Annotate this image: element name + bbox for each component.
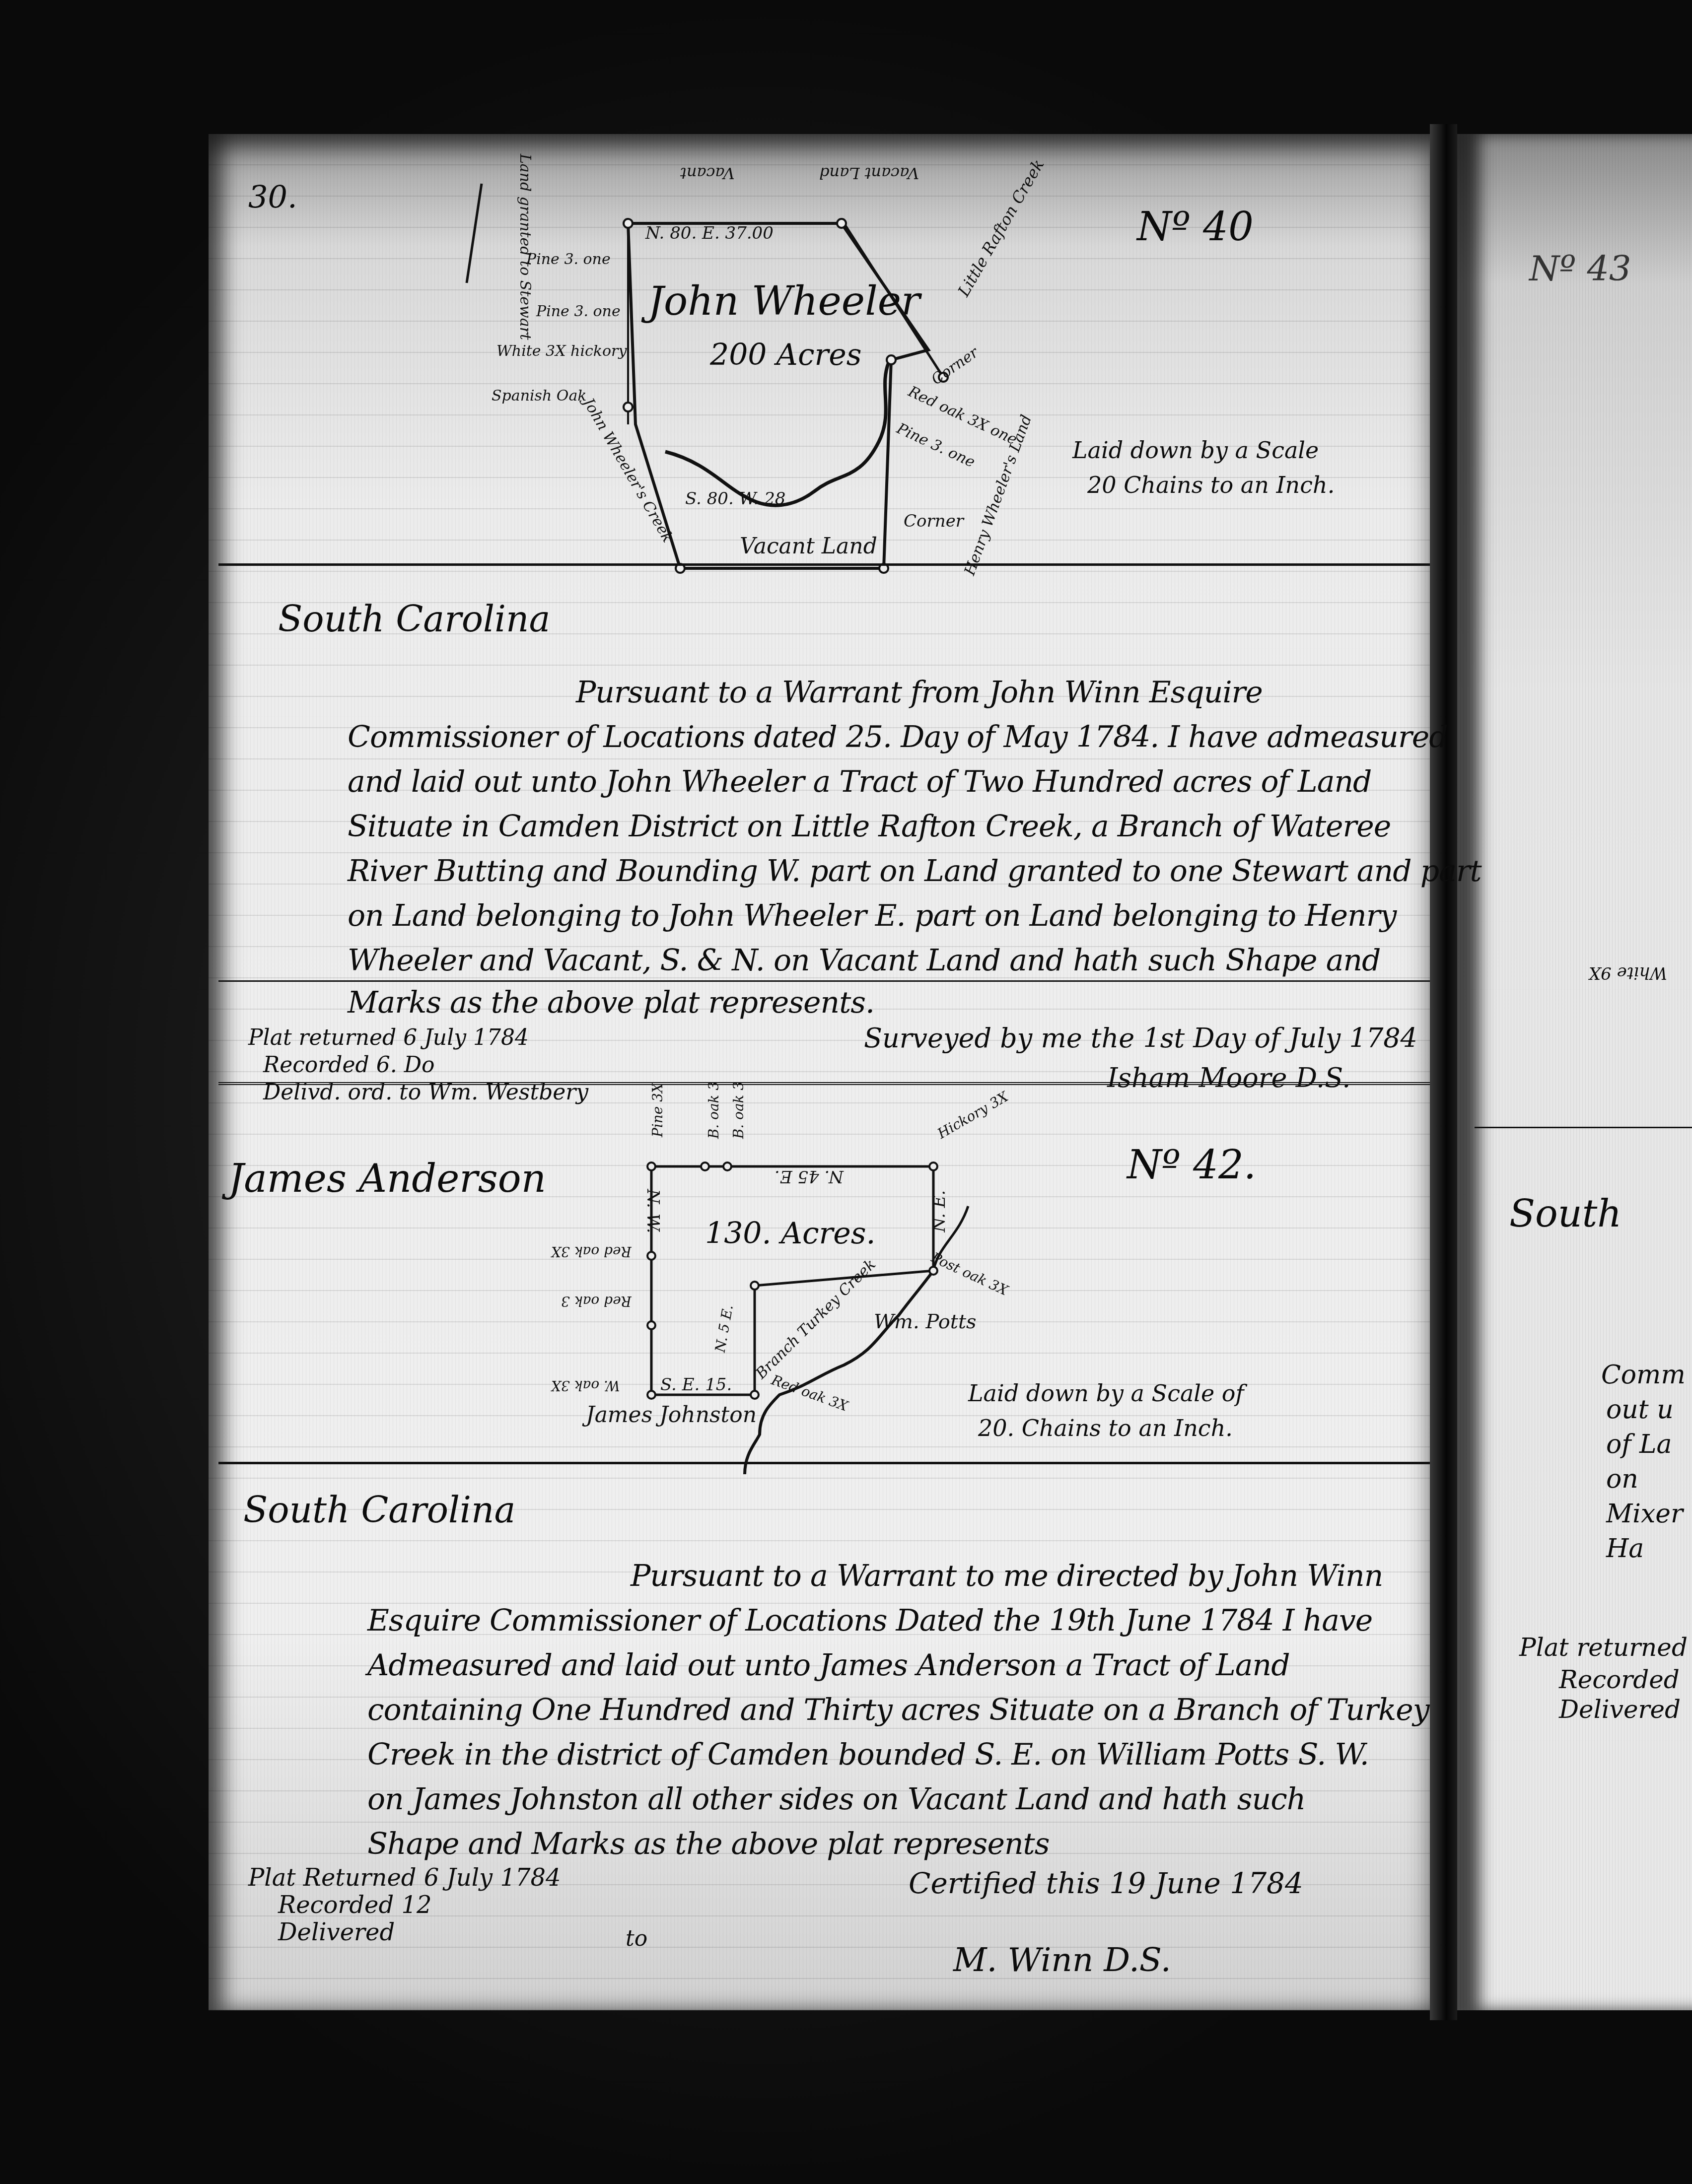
facing-fragment: of La bbox=[1606, 1430, 1672, 1459]
page-number: 30. bbox=[248, 179, 297, 215]
facing-note-recorded: Recorded bbox=[1559, 1665, 1680, 1694]
plat-bearing-right: N. E. bbox=[929, 1190, 949, 1232]
record-line: Shape and Marks as the above plat repres… bbox=[367, 1827, 1049, 1861]
record-note-delivered: Delivered bbox=[278, 1918, 395, 1946]
plat-bearing-left: N. W. bbox=[643, 1189, 663, 1233]
entry-number-40: Nº 40 bbox=[1137, 204, 1254, 250]
plat-bearing-bottom: S. 80. W. 28 bbox=[685, 489, 785, 509]
plat-bearing-top: N. 80. E. 37.00 bbox=[645, 223, 774, 243]
surveyor-signature: Isham Moore D.S. bbox=[1107, 1062, 1350, 1093]
ledger-rule bbox=[218, 980, 1430, 982]
facing-fragment: out u bbox=[1606, 1395, 1674, 1425]
plat-label-west-1: Pine 3. one bbox=[536, 303, 621, 320]
scale-note-line-2: 20 Chains to an Inch. bbox=[1087, 472, 1335, 498]
plat-label-northwest: Land granted to Stewart bbox=[516, 154, 534, 340]
record-line: Commissioner of Locations dated 25. Day … bbox=[348, 720, 1448, 754]
plat-acreage-130: 130. Acres. bbox=[705, 1216, 876, 1251]
facing-fragment: Ha bbox=[1606, 1534, 1644, 1564]
facing-fragment: Mixer bbox=[1606, 1499, 1683, 1529]
record-line: on Land belonging to John Wheeler E. par… bbox=[348, 898, 1396, 933]
record-line: Creek in the district of Camden bounded … bbox=[367, 1737, 1369, 1772]
record-line: Pursuant to a Warrant from John Winn Esq… bbox=[576, 675, 1263, 710]
section-divider-double bbox=[218, 1082, 1430, 1088]
book-gutter bbox=[1430, 124, 1457, 2020]
scale-note-line-1: Laid down by a Scale bbox=[1072, 437, 1319, 464]
record-line: Wheeler and Vacant, S. & N. on Vacant La… bbox=[348, 943, 1381, 978]
plat-corner-6: W. oak 3X bbox=[551, 1377, 620, 1394]
plat-corner-4: Red oak 3X bbox=[551, 1243, 632, 1260]
record-heading-sc-1: South Carolina bbox=[278, 598, 550, 640]
record-line: Situate in Camden District on Little Raf… bbox=[348, 809, 1391, 844]
surveyor-signature: M. Winn D.S. bbox=[953, 1941, 1171, 1979]
plat-corner-1: B. oak 3 bbox=[705, 1082, 722, 1139]
plat-corner-5: Red oak 3 bbox=[561, 1293, 632, 1309]
record-line: Pursuant to a Warrant to me directed by … bbox=[631, 1559, 1383, 1593]
record-note-returned: Plat Returned 6 July 1784 bbox=[248, 1864, 561, 1892]
facing-note-returned: Plat returned bbox=[1519, 1633, 1688, 1662]
plat-corner-2: B. oak 3 bbox=[730, 1082, 747, 1139]
record-note-to: to bbox=[626, 1926, 647, 1951]
plat-label-west-2: White 3X hickory bbox=[496, 342, 627, 360]
section-divider bbox=[218, 563, 1430, 566]
plat-bearing-bottom: S. E. 15. bbox=[660, 1375, 732, 1395]
record-line: Marks as the above plat represents. bbox=[348, 985, 874, 1020]
facing-note-delivered: Delivered bbox=[1559, 1695, 1681, 1724]
section-divider bbox=[218, 1462, 1430, 1464]
facing-heading: South bbox=[1509, 1191, 1621, 1235]
plat-label-west-3: Spanish Oak bbox=[492, 387, 586, 405]
entry-number-42: Nº 42. bbox=[1127, 1142, 1256, 1188]
record-note-recorded: Recorded 6. Do bbox=[263, 1052, 434, 1078]
record-line: on James Johnston all other sides on Vac… bbox=[367, 1782, 1305, 1817]
record-line: Admeasured and laid out unto James Ander… bbox=[367, 1648, 1290, 1683]
ledger-page-right bbox=[1457, 134, 1692, 2010]
facing-fragment: on bbox=[1606, 1464, 1638, 1494]
plat-corner-0: Pine 3X bbox=[649, 1083, 666, 1137]
facing-fragment: White 9X bbox=[1589, 963, 1667, 983]
plat-owner-heading: James Anderson bbox=[228, 1157, 546, 1201]
record-line: containing One Hundred and Thirty acres … bbox=[367, 1693, 1429, 1727]
plat-label-west-0: Pine 3. one bbox=[526, 251, 611, 268]
plat-acreage: 200 Acres bbox=[710, 338, 862, 372]
plat-label-corner: Corner bbox=[904, 511, 964, 531]
record-heading-sc-2: South Carolina bbox=[243, 1489, 515, 1531]
plat-south-owner: James Johnston bbox=[586, 1402, 757, 1428]
facing-fragment: Comm bbox=[1601, 1360, 1686, 1390]
plat-label-top-0: Vacant bbox=[680, 164, 735, 183]
facing-entry-number: Nº 43 bbox=[1529, 248, 1631, 289]
plat-label-vacant-land-south: Vacant Land bbox=[740, 534, 877, 559]
record-line: River Butting and Bounding W. part on La… bbox=[348, 854, 1481, 888]
plat-bearing-top: N. 45 E. bbox=[775, 1166, 844, 1186]
record-line: and laid out unto John Wheeler a Tract o… bbox=[348, 764, 1372, 799]
scale-note-line-2: 20. Chains to an Inch. bbox=[978, 1415, 1233, 1441]
plat-label-top-1: Vacant Land bbox=[819, 164, 919, 183]
record-note-returned: Plat returned 6 July 1784 bbox=[248, 1025, 529, 1050]
record-certified: Certified this 19 June 1784 bbox=[909, 1866, 1303, 1900]
plat-owner-name: John Wheeler bbox=[648, 278, 920, 324]
record-line: Esquire Commissioner of Locations Dated … bbox=[367, 1603, 1372, 1638]
plat-east-owner: Wm. Potts bbox=[874, 1310, 977, 1333]
scale-note-line-1: Laid down by a Scale of bbox=[968, 1380, 1244, 1407]
record-surveyed: Surveyed by me the 1st Day of July 1784 bbox=[864, 1023, 1417, 1054]
record-note-recorded: Recorded 12 bbox=[278, 1891, 431, 1919]
facing-rule bbox=[1475, 1127, 1692, 1128]
